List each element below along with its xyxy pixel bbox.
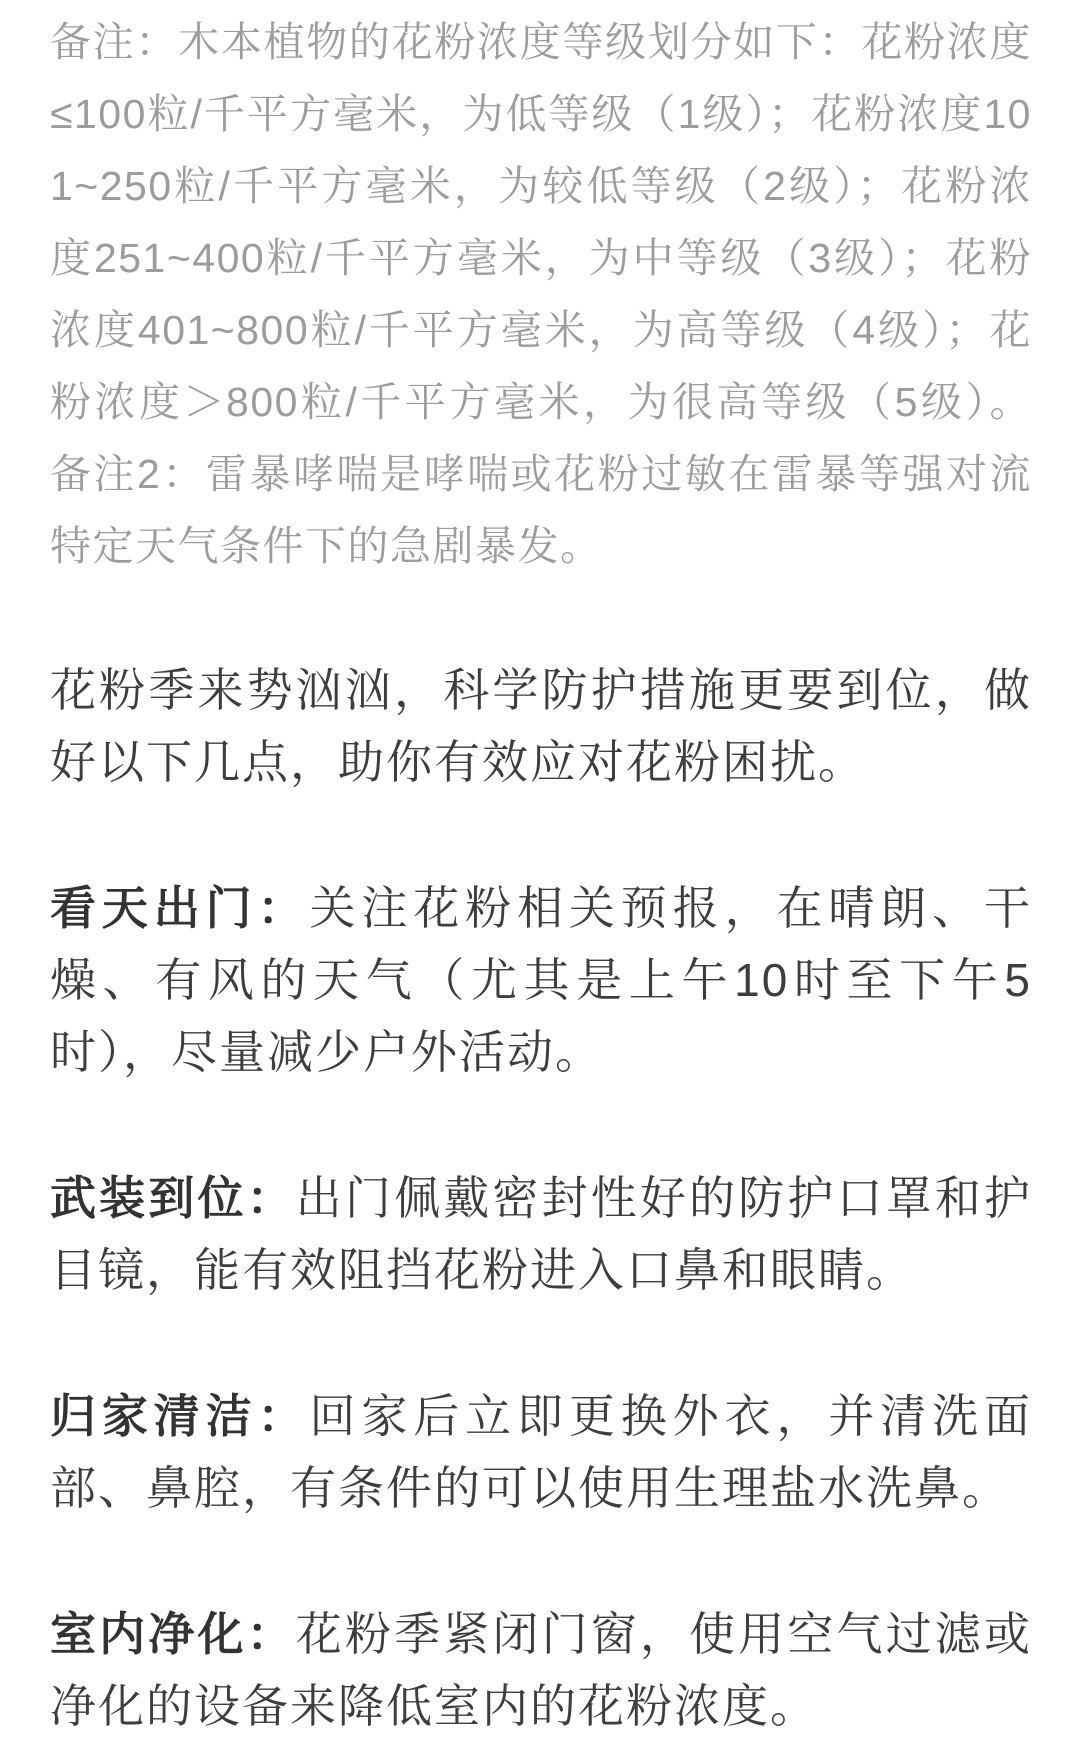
pollen-level-note-paragraph: 备注：木本植物的花粉浓度等级划分如下：花粉浓度≤100粒/千平方毫米，为低等级（…	[50, 6, 1032, 582]
intro-paragraph: 花粉季来势汹汹，科学防护措施更要到位，做好以下几点，助你有效应对花粉困扰。	[50, 654, 1032, 798]
tip-paragraph-indoor-purify: 室内净化：花粉季紧闭门窗，使用空气过滤或净化的设备来降低室内的花粉浓度。	[50, 1598, 1032, 1742]
article-page: 备注：木本植物的花粉浓度等级划分如下：花粉浓度≤100粒/千平方毫米，为低等级（…	[0, 0, 1078, 1756]
tip-title-gear-up: 武装到位：	[50, 1172, 296, 1224]
tip-title-clean-on-return: 归家清洁：	[50, 1390, 309, 1442]
tip-paragraph-clean-on-return: 归家清洁：回家后立即更换外衣，并清洗面部、鼻腔，有条件的可以使用生理盐水洗鼻。	[50, 1380, 1032, 1524]
tip-paragraph-gear-up: 武装到位：出门佩戴密封性好的防护口罩和护目镜，能有效阻挡花粉进入口鼻和眼睛。	[50, 1162, 1032, 1306]
tip-title-watch-weather: 看天出门：	[50, 882, 309, 934]
tip-paragraph-watch-weather: 看天出门：关注花粉相关预报，在晴朗、干燥、有风的天气（尤其是上午10时至下午5时…	[50, 872, 1032, 1088]
tip-title-indoor-purify: 室内净化：	[50, 1608, 296, 1660]
